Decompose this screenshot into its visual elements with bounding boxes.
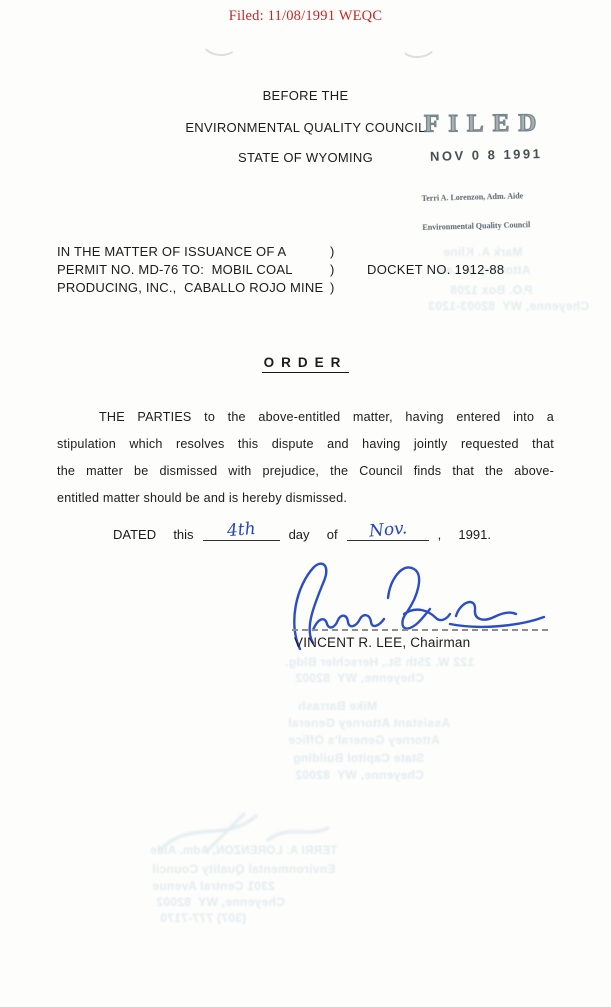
bleed-through-line: Cheyenne, WY 82002 [295, 671, 424, 685]
stamp-clerk-name: Terri A. Lorenzon, Adm. Aide [422, 190, 574, 203]
caption-line: PERMIT NO. MD-76 TO: MOBIL COAL [57, 262, 293, 277]
filed-stamp-clerk: Terri A. Lorenzon, Adm. Aide Environment… [421, 171, 575, 251]
bleed-through-line: Mike Barrash [298, 699, 377, 713]
bleed-through-line: Assistant Attorney General [288, 716, 450, 730]
filed-stamp: FILED NOV 0 8 1991 Terri A. Lorenzon, Ad… [424, 110, 574, 249]
dated-prefix: DATED this [113, 527, 194, 542]
handwritten-day: 4th [226, 519, 256, 541]
dated-middle: day of [289, 527, 338, 542]
caption-paren: ) [330, 280, 334, 295]
signature-line [292, 629, 548, 631]
docket-number: DOCKET NO. 1912-88 [367, 262, 504, 277]
caption-paren: ) [330, 244, 334, 259]
bleed-through-line: (307) 777-7170 [160, 911, 246, 925]
bleed-through-line: Environmental Quality Council [152, 862, 335, 876]
bleed-through-line: P.O. Box 1208 [450, 283, 532, 297]
dated-line: DATED this4thday ofNov., 1991. [113, 524, 491, 542]
court-header-before-the: BEFORE THE [0, 88, 611, 103]
day-blank-line: 4th [203, 524, 280, 541]
scanned-order-document: Filed: 11/08/1991 WEQC Mark A. Kline Att… [0, 0, 611, 1007]
filed-stamp-title: FILED [424, 109, 574, 138]
punch-hole-mark [398, 29, 438, 60]
caption-line: PRODUCING, INC., CABALLO ROJO MINE [57, 280, 323, 295]
filed-date-header: Filed: 11/08/1991 WEQC [0, 8, 611, 25]
bleed-through-line: Cheyenne, WY 82003-1203 [428, 299, 589, 313]
order-body-line: stipulation which resolves this dispute … [57, 431, 554, 458]
caption-line: IN THE MATTER OF ISSUANCE OF A [57, 244, 286, 259]
stamp-clerk-office: Environmental Quality Council [422, 219, 574, 232]
signature-name-title: VINCENT R. LEE, Chairman [294, 635, 470, 650]
order-body-line: THE PARTIES to the above-entitled matter… [57, 404, 554, 431]
bleed-through-line: Cheyenne, WY 82002 [295, 768, 424, 782]
bleed-through-line: Attorney General's Office [288, 733, 440, 747]
handwritten-month: Nov. [368, 518, 408, 541]
order-title: ORDER [262, 355, 350, 373]
dated-suffix: , 1991. [438, 527, 491, 542]
order-title-wrap: ORDER [0, 354, 611, 373]
bleed-through-line: State Capitol Building [293, 751, 424, 765]
caption-paren: ) [330, 262, 334, 277]
bleed-through-line: 122 W. 25th St., Herschler Bldg. [285, 655, 474, 669]
month-blank-line: Nov. [347, 524, 429, 541]
order-body-line: entitled matter should be and is hereby … [57, 485, 554, 512]
punch-hole-mark [200, 26, 241, 58]
filed-stamp-date: NOV 0 8 1991 [430, 145, 574, 164]
bleed-through-line: TERRI A. LORENZON, Adm. Aide [150, 845, 337, 857]
bleed-through-line: Cheyenne, WY 82002 [156, 895, 285, 909]
order-body-line: the matter be dismissed with prejudice, … [57, 458, 554, 485]
bleed-through-line: 2301 Central Avenue [152, 879, 275, 893]
